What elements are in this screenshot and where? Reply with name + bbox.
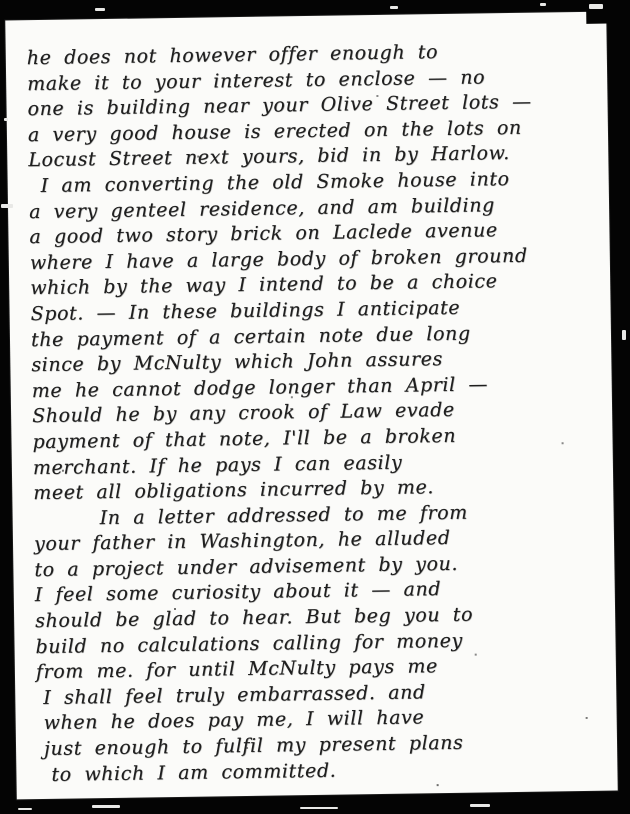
scan-pepper-noise [77, 139, 79, 141]
noise-speck [4, 118, 8, 121]
noise-speck [470, 804, 490, 807]
noise-speck [1, 204, 13, 208]
scanned-letter-page: he does not however offer enough to make… [0, 0, 630, 814]
noise-speck [622, 330, 626, 340]
noise-speck [540, 3, 546, 6]
noise-speck [92, 805, 120, 808]
letter-body: he does not however offer enough to make… [5, 12, 617, 789]
noise-speck [300, 807, 338, 809]
letter-paper: he does not however offer enough to make… [5, 12, 617, 800]
noise-speck [589, 4, 603, 9]
noise-speck [95, 8, 105, 11]
noise-speck [18, 808, 32, 810]
noise-speck [390, 6, 398, 9]
